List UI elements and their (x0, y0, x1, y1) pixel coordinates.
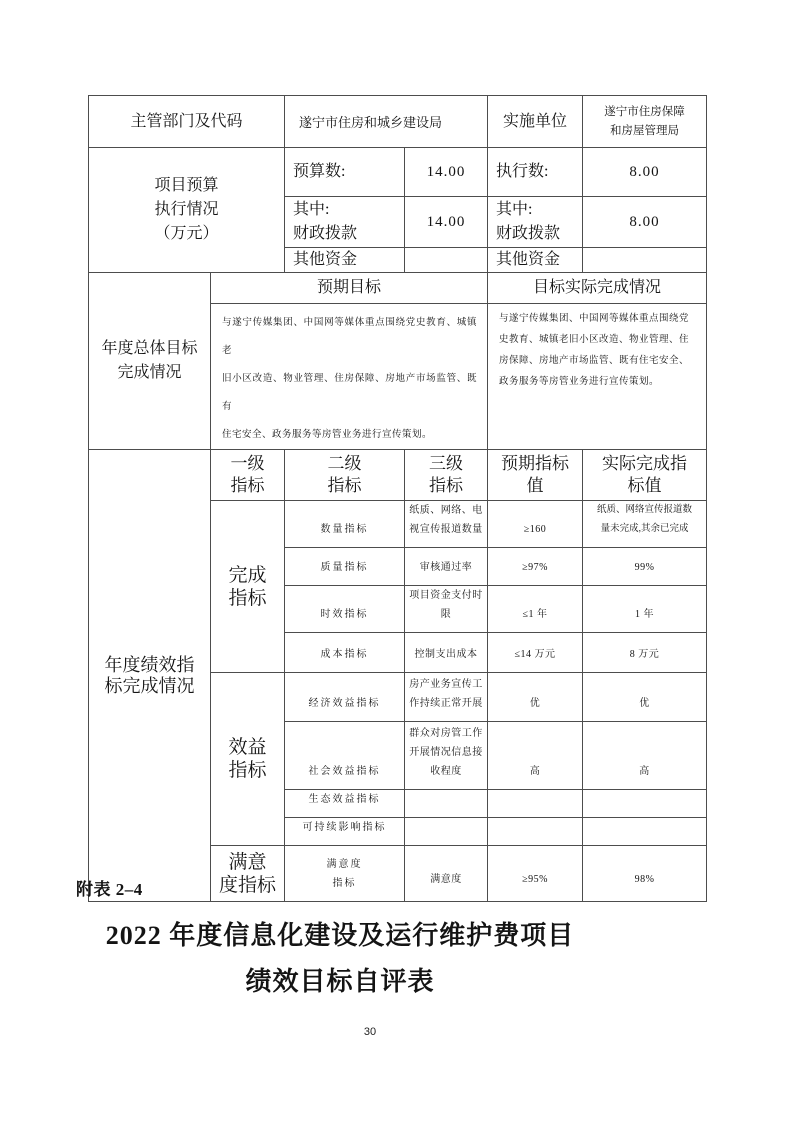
indicator-expected: ≤14 万元 (488, 633, 583, 673)
indicator-actual (583, 790, 707, 818)
other-funds-exec-label: 其他资金 (488, 248, 583, 273)
indicator-actual: 8 万元 (583, 633, 707, 673)
indicator-l2: 数量指标 (285, 501, 405, 548)
fiscal-budget-label: 其中: 财政拨款 (285, 197, 405, 248)
level2-header: 二级 指标 (285, 450, 405, 501)
dept-value: 遂宁市住房和城乡建设局 (285, 96, 488, 148)
indicator-l2: 社会效益指标 (285, 722, 405, 790)
indicator-actual (583, 818, 707, 846)
indicator-l3: 群众对房管工作 开展情况信息接 收程度 (405, 722, 488, 790)
indicator-expected: ≥97% (488, 548, 583, 586)
indicator-actual: 1 年 (583, 586, 707, 633)
actual-value-header: 实际完成指 标值 (583, 450, 707, 501)
self-evaluation-table: 主管部门及代码 遂宁市住房和城乡建设局 实施单位 遂宁市住房保障 和房屋管理局 … (88, 95, 707, 902)
indicator-actual: 优 (583, 673, 707, 722)
indicator-l3: 审核通过率 (405, 548, 488, 586)
page-number: 30 (0, 1026, 740, 1038)
exec-number-label: 执行数: (488, 148, 583, 197)
annual-goal-row-label: 年度总体目标 完成情况 (89, 273, 211, 450)
fiscal-budget-value: 14.00 (405, 197, 488, 248)
indicator-l2: 满意度 指标 (285, 846, 405, 902)
budget-row-label: 项目预算 执行情况 （万元） (89, 148, 285, 273)
indicator-actual: 98% (583, 846, 707, 902)
table-row: 年度绩效指 标完成情况 一级 指标 二级 指标 三级 指标 预期指标 值 实际完… (89, 450, 707, 501)
title-line-1: 2022 年度信息化建设及运行维护费项目 (70, 913, 610, 959)
fiscal-exec-value: 8.00 (583, 197, 707, 248)
indicator-expected: 优 (488, 673, 583, 722)
indicator-expected (488, 818, 583, 846)
indicator-actual: 高 (583, 722, 707, 790)
group-completion-label: 完成 指标 (211, 501, 285, 673)
fiscal-exec-label: 其中: 财政拨款 (488, 197, 583, 248)
indicator-expected: ≥95% (488, 846, 583, 902)
indicator-l3: 纸质、网络、电 视宣传报道数量 (405, 501, 488, 548)
level1-header: 一级 指标 (211, 450, 285, 501)
expected-value-header: 预期指标 值 (488, 450, 583, 501)
exec-number-value: 8.00 (583, 148, 707, 197)
actual-goal-text: 与遂宁传媒集团、中国网等媒体重点围绕党 史教育、城镇老旧小区改造、物业管理、住 … (488, 304, 707, 450)
expected-goal-text: 与遂宁传媒集团、中国网等媒体重点围绕党史教育、城镇老 旧小区改造、物业管理、住房… (211, 304, 488, 450)
expected-goal-header: 预期目标 (211, 273, 488, 304)
title-line-2: 绩效目标自评表 (70, 959, 610, 1005)
other-funds-budget-value (405, 248, 488, 273)
table-row: 年度总体目标 完成情况 预期目标 目标实际完成情况 (89, 273, 707, 304)
actual-goal-header: 目标实际完成情况 (488, 273, 707, 304)
indicator-l3 (405, 790, 488, 818)
dept-code-label: 主管部门及代码 (89, 96, 285, 148)
indicator-expected: 高 (488, 722, 583, 790)
document-page: 主管部门及代码 遂宁市住房和城乡建设局 实施单位 遂宁市住房保障 和房屋管理局 … (0, 0, 793, 1122)
table-row: 项目预算 执行情况 （万元） 预算数: 14.00 执行数: 8.00 (89, 148, 707, 197)
impl-unit-value: 遂宁市住房保障 和房屋管理局 (583, 96, 707, 148)
annex-label: 附表 2–4 (76, 875, 143, 900)
indicator-l2: 经济效益指标 (285, 673, 405, 722)
group-benefit-label: 效益 指标 (211, 673, 285, 846)
indicator-l2: 质量指标 (285, 548, 405, 586)
indicator-row-label: 年度绩效指 标完成情况 (89, 450, 211, 902)
indicator-l3 (405, 818, 488, 846)
indicator-l2: 生态效益指标 (285, 790, 405, 818)
indicator-l2: 时效指标 (285, 586, 405, 633)
indicator-actual: 99% (583, 548, 707, 586)
indicator-l3: 满意度 (405, 846, 488, 902)
other-funds-exec-value (583, 248, 707, 273)
indicator-expected: ≥160 (488, 501, 583, 548)
table-row: 主管部门及代码 遂宁市住房和城乡建设局 实施单位 遂宁市住房保障 和房屋管理局 (89, 96, 707, 148)
indicator-actual: 纸质、网络宣传报道数 量未完成,其余已完成 (583, 501, 707, 548)
level3-header: 三级 指标 (405, 450, 488, 501)
indicator-l2: 可持续影响指标 (285, 818, 405, 846)
document-title: 2022 年度信息化建设及运行维护费项目 绩效目标自评表 (70, 913, 610, 1005)
indicator-l3: 房产业务宣传工 作持续正常开展 (405, 673, 488, 722)
budget-number-label: 预算数: (285, 148, 405, 197)
indicator-l3: 项目资金支付时 限 (405, 586, 488, 633)
indicator-expected: ≤1 年 (488, 586, 583, 633)
other-funds-budget-label: 其他资金 (285, 248, 405, 273)
group-satisfaction-label: 满意 度指标 (211, 846, 285, 902)
budget-number-value: 14.00 (405, 148, 488, 197)
indicator-l2: 成本指标 (285, 633, 405, 673)
impl-unit-label: 实施单位 (488, 96, 583, 148)
indicator-expected (488, 790, 583, 818)
indicator-l3: 控制支出成本 (405, 633, 488, 673)
